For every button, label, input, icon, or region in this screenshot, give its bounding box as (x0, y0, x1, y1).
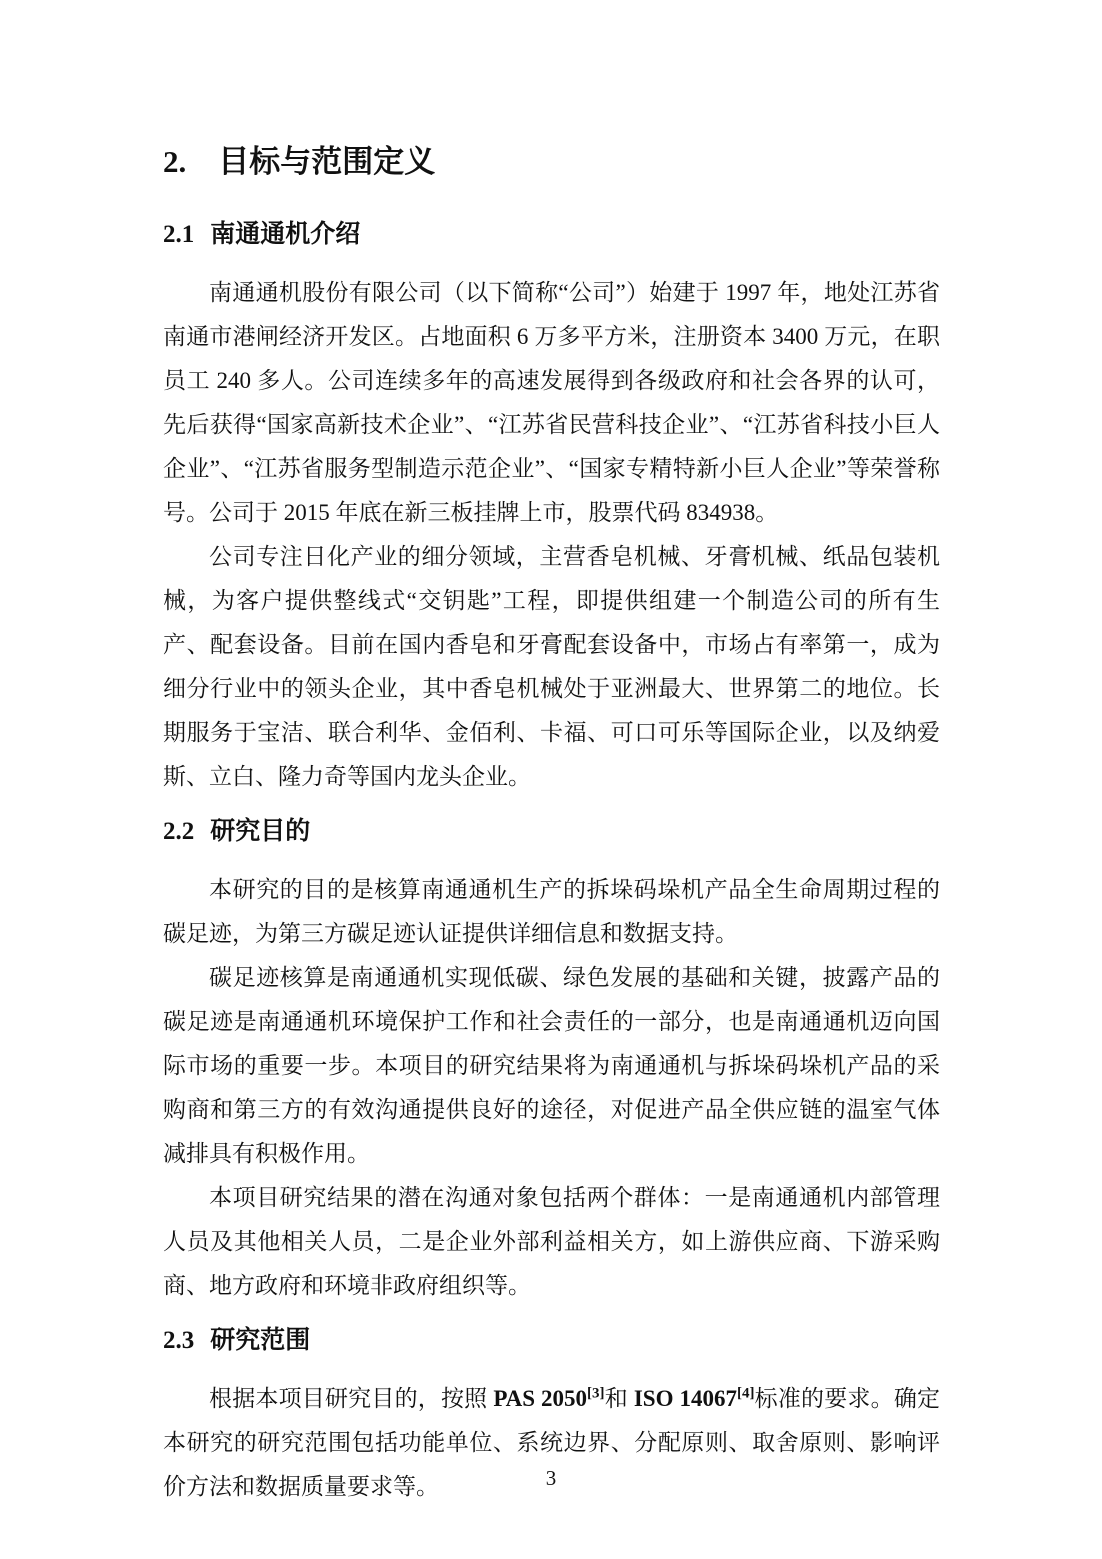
document-page: 2.目标与范围定义 2.1南通通机介绍 南通通机股份有限公司（以下简称“公司”）… (0, 0, 1102, 1559)
subsection-heading-2-1: 2.1南通通机介绍 (163, 218, 940, 251)
subsection-title: 研究目的 (210, 818, 310, 845)
subsection-number: 2.3 (163, 1324, 194, 1357)
paragraph-company-intro-1: 南通通机股份有限公司（以下简称“公司”）始建于 1997 年，地处江苏省南通市港… (163, 271, 940, 535)
paragraph-company-intro-2: 公司专注日化产业的细分领域，主营香皂机械、牙膏机械、纸品包装机械，为客户提供整线… (163, 535, 940, 799)
standard-name-pas2050: PAS 2050 (493, 1386, 587, 1411)
subsection-title: 研究范围 (210, 1327, 310, 1354)
citation-ref-3: [3] (587, 1385, 605, 1401)
subsection-heading-2-3: 2.3研究范围 (163, 1324, 940, 1357)
paragraph-purpose-3: 本项目研究结果的潜在沟通对象包括两个群体：一是南通通机内部管理人员及其他相关人员… (163, 1176, 940, 1308)
text-run: 和 (605, 1386, 634, 1411)
citation-ref-4: [4] (737, 1385, 755, 1401)
chapter-title: 目标与范围定义 (218, 144, 435, 179)
subsection-number: 2.2 (163, 815, 194, 848)
page-number: 3 (0, 1466, 1102, 1491)
text-run: 根据本项目研究目的，按照 (209, 1386, 493, 1411)
subsection-number: 2.1 (163, 218, 194, 251)
subsection-title: 南通通机介绍 (210, 221, 360, 248)
standard-name-iso14067: ISO 14067 (634, 1386, 737, 1411)
chapter-heading: 2.目标与范围定义 (163, 142, 940, 182)
subsection-heading-2-2: 2.2研究目的 (163, 815, 940, 848)
paragraph-purpose-2: 碳足迹核算是南通通机实现低碳、绿色发展的基础和关键，披露产品的碳足迹是南通通机环… (163, 956, 940, 1176)
paragraph-purpose-1: 本研究的目的是核算南通通机生产的拆垛码垛机产品全生命周期过程的碳足迹，为第三方碳… (163, 868, 940, 956)
chapter-number: 2. (163, 142, 186, 182)
